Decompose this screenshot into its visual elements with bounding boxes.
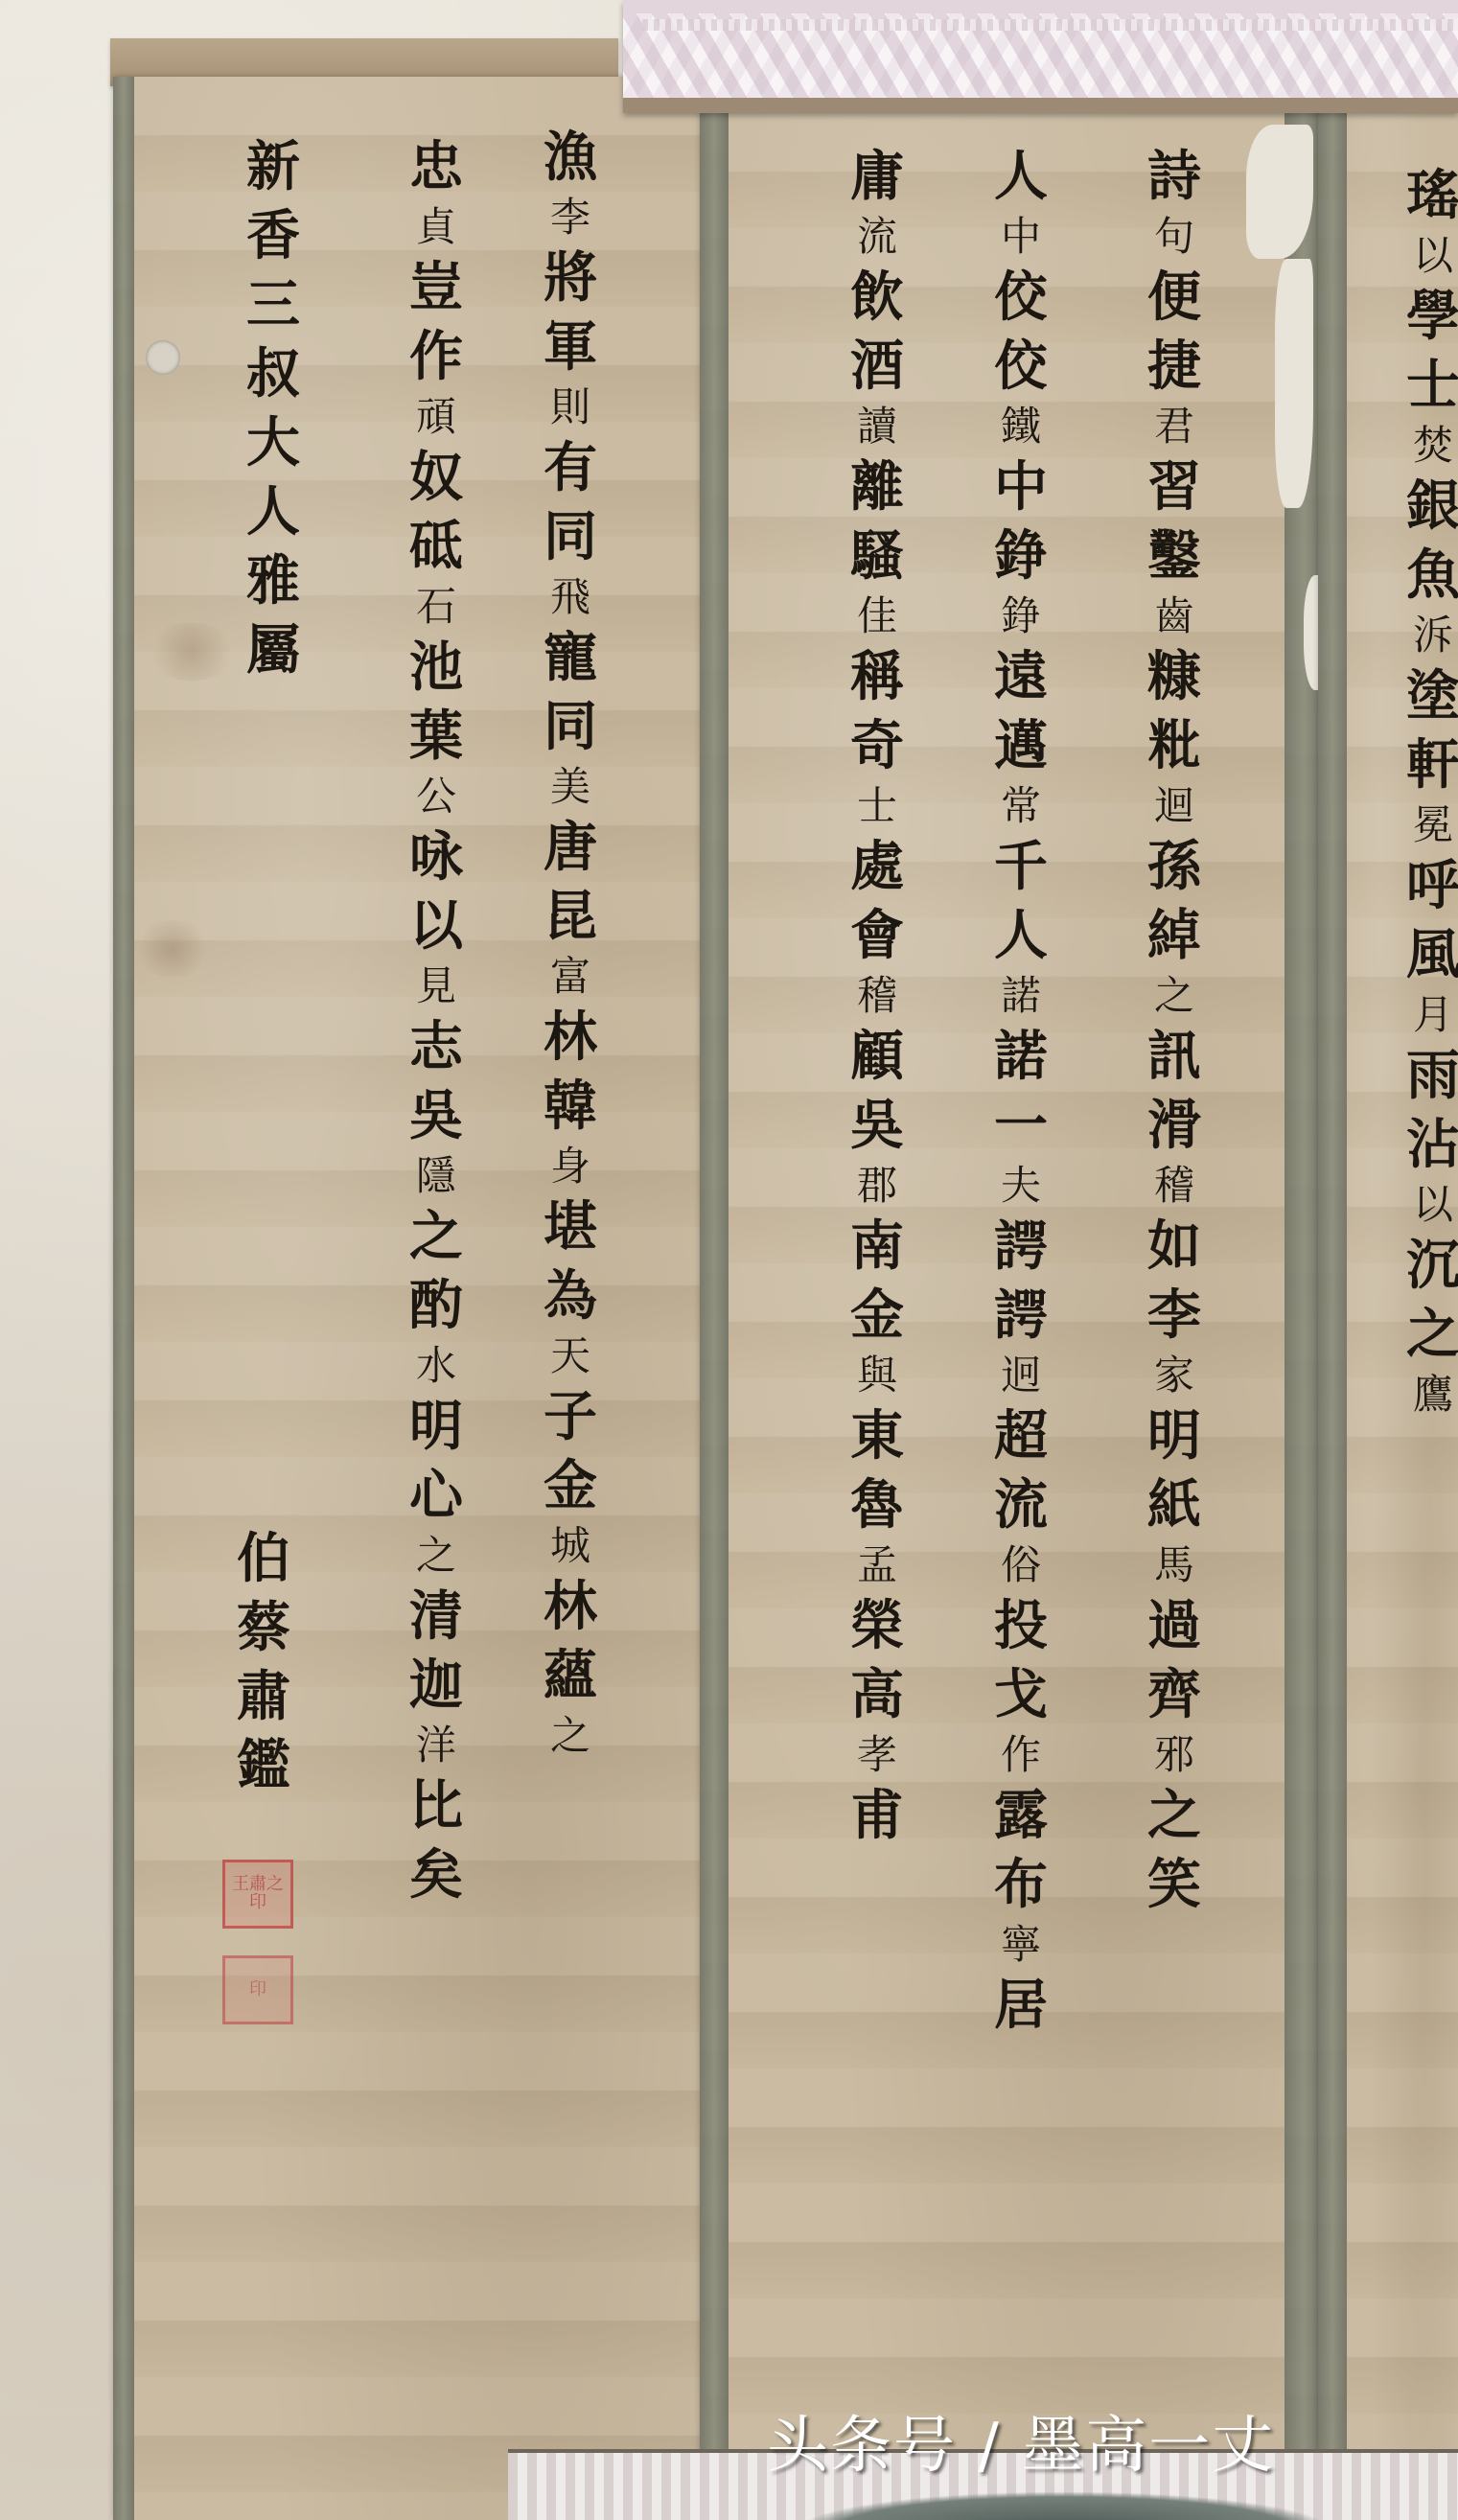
calligraphy-character: 郡 bbox=[857, 1166, 897, 1206]
calligraphy-character: 以 bbox=[1413, 1185, 1453, 1225]
calligraphy-character: 布 bbox=[994, 1858, 1048, 1911]
calligraphy-character: 遠 bbox=[994, 650, 1048, 704]
calligraphy-character: 金 bbox=[544, 1459, 597, 1513]
calligraphy-character: 酒 bbox=[850, 339, 904, 393]
calligraphy-character: 心 bbox=[409, 1468, 463, 1522]
calligraphy-character: 頑 bbox=[416, 397, 456, 437]
calligraphy-character: 魚 bbox=[1406, 548, 1458, 602]
calligraphy-character: 甫 bbox=[850, 1789, 904, 1842]
calligraphy-character: 習 bbox=[1147, 460, 1201, 514]
calligraphy-character: 流 bbox=[857, 217, 897, 257]
calligraphy-character: 飲 bbox=[850, 270, 904, 324]
calligraphy-character: 雨 bbox=[1406, 1049, 1458, 1102]
calligraphy-character: 佼 bbox=[994, 339, 1048, 393]
calligraphy-character: 千 bbox=[994, 840, 1048, 893]
calligraphy-character: 一 bbox=[994, 1098, 1048, 1152]
calligraphy-character: 富 bbox=[550, 957, 590, 997]
calligraphy-character: 志 bbox=[409, 1020, 463, 1074]
calligraphy-character: 新 bbox=[246, 140, 300, 194]
calligraphy-column: 庸流飲酒讀離騷佳稱奇士處會稽顧吳郡南金與東魯孟榮高孝甫 bbox=[824, 142, 930, 1850]
calligraphy-character: 稽 bbox=[857, 976, 897, 1016]
calligraphy-character: 唐 bbox=[544, 821, 597, 874]
calligraphy-character: 人 bbox=[994, 909, 1048, 962]
calligraphy-character: 天 bbox=[550, 1336, 590, 1376]
calligraphy-character: 會 bbox=[850, 909, 904, 962]
calligraphy-character: 居 bbox=[994, 1978, 1048, 2032]
calligraphy-character: 昆 bbox=[544, 890, 597, 943]
calligraphy-character: 處 bbox=[850, 840, 904, 893]
calligraphy-character: 寵 bbox=[544, 631, 597, 684]
calligraphy-character: 伯 bbox=[237, 1532, 290, 1585]
calligraphy-character: 公 bbox=[416, 776, 456, 817]
calligraphy-character: 之 bbox=[550, 1716, 590, 1756]
water-stain bbox=[134, 920, 211, 978]
calligraphy-character: 便 bbox=[1147, 270, 1201, 324]
calligraphy-character: 馬 bbox=[1154, 1545, 1194, 1585]
calligraphy-character: 訊 bbox=[1147, 1029, 1201, 1083]
calligraphy-character: 之 bbox=[1147, 1789, 1201, 1842]
calligraphy-character: 奴 bbox=[409, 451, 463, 504]
signature-column: 伯蔡肅鑑 bbox=[211, 1524, 316, 1800]
watermark-text: 头条号 / 墨高一丈 bbox=[767, 2396, 1275, 2485]
calligraphy-character: 迦 bbox=[409, 1658, 463, 1712]
red-seal-name: 王肅之印 bbox=[222, 1860, 293, 1929]
calligraphy-character: 比 bbox=[409, 1779, 463, 1833]
calligraphy-column: 詩句便捷君習鑿齒糠粃迴孫綽之訊滑稽如李家明紙馬過齊邪之笑 bbox=[1122, 142, 1227, 1919]
calligraphy-character: 洋 bbox=[416, 1725, 456, 1766]
calligraphy-character: 有 bbox=[544, 441, 597, 495]
calligraphy-character: 林 bbox=[544, 1010, 597, 1064]
calligraphy-character: 南 bbox=[850, 1219, 904, 1273]
calligraphy-character: 瑤 bbox=[1406, 169, 1458, 222]
calligraphy-character: 漁 bbox=[544, 130, 597, 184]
calligraphy-character: 鐵 bbox=[1001, 406, 1041, 447]
calligraphy-character: 流 bbox=[994, 1478, 1048, 1532]
calligraphy-character: 糠 bbox=[1147, 650, 1201, 704]
calligraphy-character: 蔡 bbox=[237, 1601, 290, 1654]
torn-paper-edge bbox=[1275, 259, 1313, 508]
calligraphy-character: 粃 bbox=[1147, 719, 1201, 773]
calligraphy-character: 之 bbox=[409, 1210, 463, 1263]
calligraphy-character: 以 bbox=[409, 899, 463, 953]
calligraphy-character: 酌 bbox=[409, 1279, 463, 1332]
calligraphy-character: 雅 bbox=[246, 554, 300, 608]
torn-paper-edge bbox=[1246, 125, 1313, 259]
calligraphy-character: 為 bbox=[544, 1269, 597, 1323]
calligraphy-character: 李 bbox=[1147, 1288, 1201, 1342]
calligraphy-character: 諾 bbox=[994, 1029, 1048, 1083]
calligraphy-character: 露 bbox=[994, 1789, 1048, 1842]
calligraphy-character: 離 bbox=[850, 460, 904, 514]
calligraphy-character: 中 bbox=[1001, 217, 1041, 257]
calligraphy-character: 月 bbox=[1413, 995, 1453, 1035]
calligraphy-character: 金 bbox=[850, 1288, 904, 1342]
calligraphy-character: 蘊 bbox=[544, 1649, 597, 1702]
dedication-column: 新香三叔大人雅屬 bbox=[220, 132, 326, 684]
calligraphy-character: 奇 bbox=[850, 719, 904, 773]
calligraphy-character: 塗 bbox=[1406, 669, 1458, 723]
top-roller-carved bbox=[623, 0, 1458, 113]
calligraphy-character: 三 bbox=[246, 278, 300, 332]
calligraphy-character: 貞 bbox=[416, 207, 456, 247]
calligraphy-character: 之 bbox=[416, 1536, 456, 1576]
right-scroll-border-left bbox=[1318, 113, 1347, 2452]
calligraphy-character: 豈 bbox=[409, 261, 463, 314]
calligraphy-character: 迴 bbox=[1154, 786, 1194, 826]
calligraphy-character: 綽 bbox=[1147, 909, 1201, 962]
calligraphy-character: 軍 bbox=[544, 320, 597, 374]
calligraphy-character: 人 bbox=[246, 485, 300, 539]
calligraphy-column-partial: 瑤以學士焚銀魚泝塗軒冕呼風月雨沾以沉之鷹 bbox=[1380, 161, 1458, 1421]
calligraphy-character: 堪 bbox=[544, 1200, 597, 1254]
calligraphy-character: 沾 bbox=[1406, 1118, 1458, 1171]
calligraphy-character: 夫 bbox=[1001, 1166, 1041, 1206]
calligraphy-character: 砥 bbox=[409, 520, 463, 573]
calligraphy-character: 諤 bbox=[994, 1219, 1048, 1273]
calligraphy-character: 邪 bbox=[1154, 1735, 1194, 1775]
calligraphy-character: 諾 bbox=[1001, 976, 1041, 1016]
calligraphy-character: 韓 bbox=[544, 1079, 597, 1133]
calligraphy-character: 滑 bbox=[1147, 1098, 1201, 1152]
calligraphy-character: 常 bbox=[1001, 786, 1041, 826]
calligraphy-character: 迥 bbox=[1001, 1355, 1041, 1396]
calligraphy-character: 石 bbox=[416, 587, 456, 627]
calligraphy-character: 子 bbox=[544, 1390, 597, 1444]
calligraphy-character: 池 bbox=[409, 640, 463, 694]
calligraphy-character: 作 bbox=[1001, 1735, 1041, 1775]
calligraphy-character: 身 bbox=[550, 1146, 590, 1187]
calligraphy-character: 稱 bbox=[850, 650, 904, 704]
calligraphy-character: 城 bbox=[550, 1526, 590, 1566]
calligraphy-character: 超 bbox=[994, 1409, 1048, 1463]
calligraphy-character: 句 bbox=[1154, 217, 1194, 257]
calligraphy-character: 孫 bbox=[1147, 840, 1201, 893]
calligraphy-character: 同 bbox=[544, 510, 597, 564]
calligraphy-character: 鑿 bbox=[1147, 529, 1201, 583]
center-scroll-border-left bbox=[700, 113, 729, 2452]
calligraphy-column: 人中佼佼鐵中錚錚遠邁常千人諾諾一夫諤諤迥超流俗投戈作露布寧居 bbox=[968, 142, 1074, 2040]
calligraphy-character: 作 bbox=[409, 330, 463, 383]
calligraphy-character: 詩 bbox=[1147, 150, 1201, 203]
calligraphy-character: 叔 bbox=[246, 347, 300, 401]
calligraphy-character: 孟 bbox=[857, 1545, 897, 1585]
calligraphy-character: 如 bbox=[1147, 1219, 1201, 1273]
calligraphy-character: 水 bbox=[416, 1346, 456, 1386]
calligraphy-character: 呼 bbox=[1406, 859, 1458, 913]
red-seal-secondary: 印 bbox=[222, 1955, 293, 2024]
calligraphy-column: 漁李將軍則有同飛寵同美唐昆富林韓身堪為天子金城林蘊之 bbox=[518, 123, 623, 1762]
calligraphy-character: 士 bbox=[857, 786, 897, 826]
calligraphy-character: 隱 bbox=[416, 1156, 456, 1196]
calligraphy-character: 吳 bbox=[409, 1089, 463, 1143]
calligraphy-character: 之 bbox=[1406, 1307, 1458, 1361]
calligraphy-character: 笑 bbox=[1147, 1858, 1201, 1911]
calligraphy-character: 咏 bbox=[409, 830, 463, 884]
calligraphy-character: 騷 bbox=[850, 529, 904, 583]
calligraphy-character: 鷹 bbox=[1413, 1375, 1453, 1415]
calligraphy-character: 孝 bbox=[857, 1735, 897, 1775]
calligraphy-character: 屬 bbox=[246, 623, 300, 677]
calligraphy-character: 魯 bbox=[850, 1478, 904, 1532]
calligraphy-character: 君 bbox=[1154, 406, 1194, 447]
calligraphy-character: 飛 bbox=[550, 577, 590, 617]
calligraphy-character: 矣 bbox=[409, 1848, 463, 1902]
calligraphy-character: 捷 bbox=[1147, 339, 1201, 393]
calligraphy-character: 齒 bbox=[1154, 596, 1194, 636]
calligraphy-character: 清 bbox=[409, 1589, 463, 1643]
calligraphy-character: 李 bbox=[550, 197, 590, 238]
calligraphy-character: 佼 bbox=[994, 270, 1048, 324]
calligraphy-character: 冕 bbox=[1413, 805, 1453, 845]
calligraphy-character: 中 bbox=[994, 460, 1048, 514]
calligraphy-character: 軒 bbox=[1406, 738, 1458, 792]
calligraphy-character: 錚 bbox=[994, 529, 1048, 583]
calligraphy-character: 東 bbox=[850, 1409, 904, 1463]
calligraphy-character: 沉 bbox=[1406, 1238, 1458, 1292]
calligraphy-character: 則 bbox=[550, 387, 590, 428]
calligraphy-character: 將 bbox=[544, 251, 597, 305]
calligraphy-character: 讀 bbox=[857, 406, 897, 447]
calligraphy-character: 同 bbox=[544, 700, 597, 753]
calligraphy-character: 風 bbox=[1406, 928, 1458, 982]
calligraphy-character: 學 bbox=[1406, 289, 1458, 343]
calligraphy-character: 稽 bbox=[1154, 1166, 1194, 1206]
calligraphy-character: 顧 bbox=[850, 1029, 904, 1083]
calligraphy-character: 邁 bbox=[994, 719, 1048, 773]
calligraphy-character: 家 bbox=[1154, 1355, 1194, 1396]
calligraphy-character: 大 bbox=[246, 416, 300, 470]
calligraphy-character: 葉 bbox=[409, 709, 463, 763]
calligraphy-character: 俗 bbox=[1001, 1545, 1041, 1585]
scroll-damage-hole bbox=[146, 340, 180, 375]
calligraphy-character: 諤 bbox=[994, 1288, 1048, 1342]
calligraphy-character: 吳 bbox=[850, 1098, 904, 1152]
calligraphy-character: 肅 bbox=[237, 1670, 290, 1723]
calligraphy-character: 錚 bbox=[1001, 596, 1041, 636]
calligraphy-character: 明 bbox=[409, 1399, 463, 1453]
calligraphy-character: 紙 bbox=[1147, 1478, 1201, 1532]
calligraphy-character: 林 bbox=[544, 1580, 597, 1633]
calligraphy-character: 之 bbox=[1154, 976, 1194, 1016]
calligraphy-character: 泝 bbox=[1413, 615, 1453, 656]
calligraphy-character: 戈 bbox=[994, 1668, 1048, 1722]
calligraphy-character: 齊 bbox=[1147, 1668, 1201, 1722]
calligraphy-character: 忠 bbox=[409, 140, 463, 194]
calligraphy-character: 美 bbox=[550, 767, 590, 807]
calligraphy-character: 以 bbox=[1413, 236, 1453, 276]
calligraphy-character: 庸 bbox=[850, 150, 904, 203]
calligraphy-character: 見 bbox=[416, 966, 456, 1006]
calligraphy-character: 寧 bbox=[1001, 1925, 1041, 1965]
calligraphy-character: 人 bbox=[994, 150, 1048, 203]
calligraphy-character: 銀 bbox=[1406, 479, 1458, 533]
calligraphy-column: 忠貞豈作頑奴砥石池葉公咏以見志吳隱之酌水明心之清迦洋比矣 bbox=[383, 132, 489, 1909]
calligraphy-character: 明 bbox=[1147, 1409, 1201, 1463]
calligraphy-character: 焚 bbox=[1413, 426, 1453, 466]
calligraphy-character: 士 bbox=[1406, 358, 1458, 412]
calligraphy-character: 香 bbox=[246, 209, 300, 263]
calligraphy-character: 過 bbox=[1147, 1599, 1201, 1653]
calligraphy-character: 與 bbox=[857, 1355, 897, 1396]
calligraphy-character: 榮 bbox=[850, 1599, 904, 1653]
calligraphy-character: 鑑 bbox=[237, 1739, 290, 1792]
calligraphy-character: 佳 bbox=[857, 596, 897, 636]
left-scroll-border-left bbox=[113, 77, 134, 2520]
calligraphy-character: 投 bbox=[994, 1599, 1048, 1653]
calligraphy-character: 高 bbox=[850, 1668, 904, 1722]
